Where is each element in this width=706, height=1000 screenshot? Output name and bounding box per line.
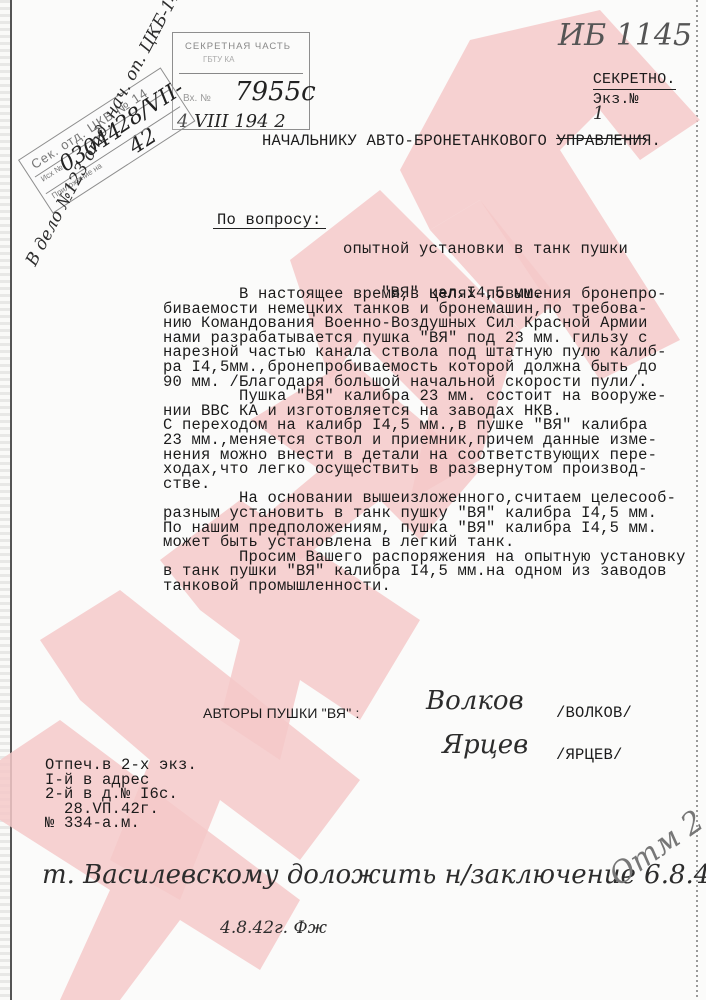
footer-line: № 334-а.м. [45, 816, 197, 831]
subject-line: опытной установки в танк пушки [343, 242, 628, 257]
body-line: ходах,что легко осуществить в развернуто… [163, 462, 686, 477]
print-footer: Отпеч.в 2-х экз.I-й в адрес2-й в д.№ I6с… [45, 758, 197, 831]
authors-label: АВТОРЫ ПУШКИ "ВЯ" : [203, 706, 360, 721]
handwritten-date: 4.8.42г. Фж [220, 918, 327, 938]
scan-edge [0, 0, 10, 1000]
page-edge-line-right [696, 0, 698, 1000]
stamp-line1: СЕКРЕТНАЯ ЧАСТЬ [185, 41, 291, 52]
stamp-line2: ГБТУ КА [203, 55, 234, 64]
stamp-divider [179, 73, 303, 74]
body-line: танковой промышленности. [163, 579, 686, 594]
signature-yartsev: Ярцев [442, 730, 528, 760]
stamp-incoming-number: 7955с [235, 77, 316, 107]
copy-number-value: 1 [593, 103, 605, 124]
document-page: ИБ 1145 СЕКРЕТНО. Экз.№ 1 СЕКРЕТНАЯ ЧАСТ… [0, 0, 706, 1000]
page-edge-line [10, 0, 12, 1000]
addressee: НАЧАЛЬНИКУ АВТО-БРОНЕТАНКОВОГО УПРАВЛЕНИ… [262, 134, 661, 149]
corner-handwritten-number: ИБ 1145 [558, 18, 692, 53]
signature-volkov: Волков [426, 686, 524, 716]
author-name: /ЯРЦЕВ/ [556, 748, 623, 763]
author-name: /ВОЛКОВ/ [556, 706, 632, 721]
letter-body: В настоящее время,в целях повышения брон… [163, 287, 686, 593]
copy-number: Экз.№ 1 [556, 78, 646, 139]
subject-label: По вопросу: [213, 213, 326, 229]
